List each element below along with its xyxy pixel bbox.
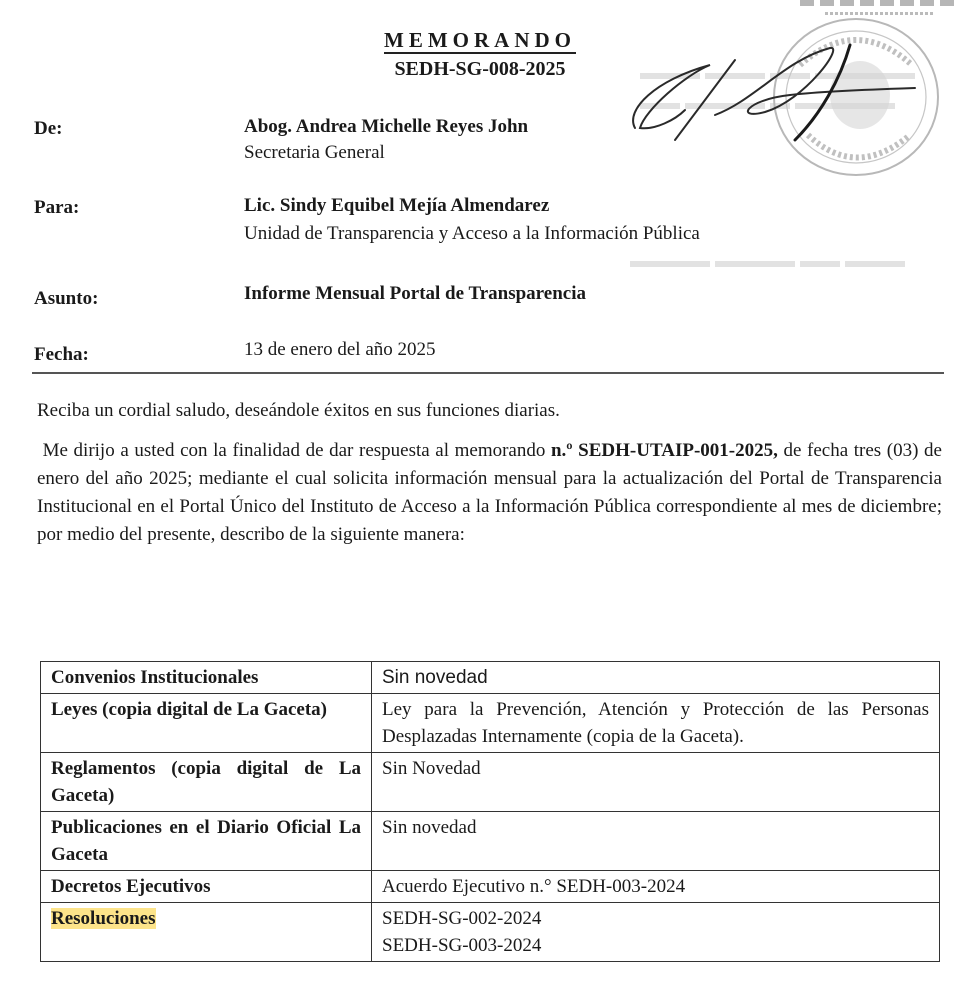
subject-text: Informe Mensual Portal de Transparencia <box>244 283 586 305</box>
row-value: Sin novedad <box>372 662 940 694</box>
date-label: Fecha: <box>34 344 89 366</box>
row-value: Sin Novedad <box>372 753 940 812</box>
table-row: Leyes (copia digital de La Gaceta) Ley p… <box>41 694 940 753</box>
transparency-info-table: Convenios Institucionales Sin novedad Le… <box>40 661 940 962</box>
resolution-item: SEDH-SG-003-2024 <box>382 932 929 959</box>
row-value: SEDH-SG-002-2024SEDH-SG-003-2024 <box>372 903 940 962</box>
bleed-through-text: ▬▬▬▬ ▬▬▬▬ ▬▬ ▬▬▬ <box>630 250 905 273</box>
table-row: Resoluciones SEDH-SG-002-2024SEDH-SG-003… <box>41 903 940 962</box>
table-row: Decretos Ejecutivos Acuerdo Ejecutivo n.… <box>41 871 940 903</box>
table-row: Publicaciones en el Diario Oficial La Ga… <box>41 812 940 871</box>
from-role: Secretaria General <box>244 142 385 164</box>
memo-reference: n.º SEDH-UTAIP-001-2025, <box>551 440 778 461</box>
body-intro: Me dirijo a usted con la finalidad de da… <box>43 440 551 461</box>
to-label: Para: <box>34 197 79 219</box>
institution-logo <box>800 0 960 6</box>
greeting-paragraph: Reciba un cordial saludo, deseándole éxi… <box>37 397 942 425</box>
header-divider <box>32 372 944 374</box>
row-label: Publicaciones en el Diario Oficial La Ga… <box>41 812 372 871</box>
row-value: Ley para la Prevención, Atención y Prote… <box>372 694 940 753</box>
document-title-text: MEMORANDO <box>384 28 576 54</box>
highlighted-label: Resoluciones <box>51 908 156 929</box>
from-name: Abog. Andrea Michelle Reyes John <box>244 116 528 138</box>
to-name: Lic. Sindy Equibel Mejía Almendarez <box>244 195 549 217</box>
row-label: Leyes (copia digital de La Gaceta) <box>41 694 372 753</box>
row-label: Resoluciones <box>41 903 372 962</box>
subject-label: Asunto: <box>34 288 98 310</box>
resolution-item: SEDH-SG-002-2024 <box>382 905 929 932</box>
table-row: Reglamentos (copia digital de La Gaceta)… <box>41 753 940 812</box>
memo-code: SEDH-SG-008-2025 <box>0 58 960 81</box>
row-label: Convenios Institucionales <box>41 662 372 694</box>
row-label: Reglamentos (copia digital de La Gaceta) <box>41 753 372 812</box>
table-row: Convenios Institucionales Sin novedad <box>41 662 940 694</box>
body-paragraph: Me dirijo a usted con la finalidad de da… <box>37 437 942 549</box>
to-unit: Unidad de Transparencia y Acceso a la In… <box>244 223 700 245</box>
row-value: Acuerdo Ejecutivo n.° SEDH-003-2024 <box>372 871 940 903</box>
date-text: 13 de enero del año 2025 <box>244 339 436 361</box>
document-title: MEMORANDO <box>0 28 960 53</box>
row-label: Decretos Ejecutivos <box>41 871 372 903</box>
memo-page: ▬▬▬ ▬▬▬ ▬▬ ▬▬▬▬▬ ▬▬ ▬▬▬▬ ▬ ▬▬▬▬▬ ▬▬▬▬ ▬▬… <box>0 0 960 990</box>
from-label: De: <box>34 118 62 140</box>
row-value: Sin novedad <box>372 812 940 871</box>
